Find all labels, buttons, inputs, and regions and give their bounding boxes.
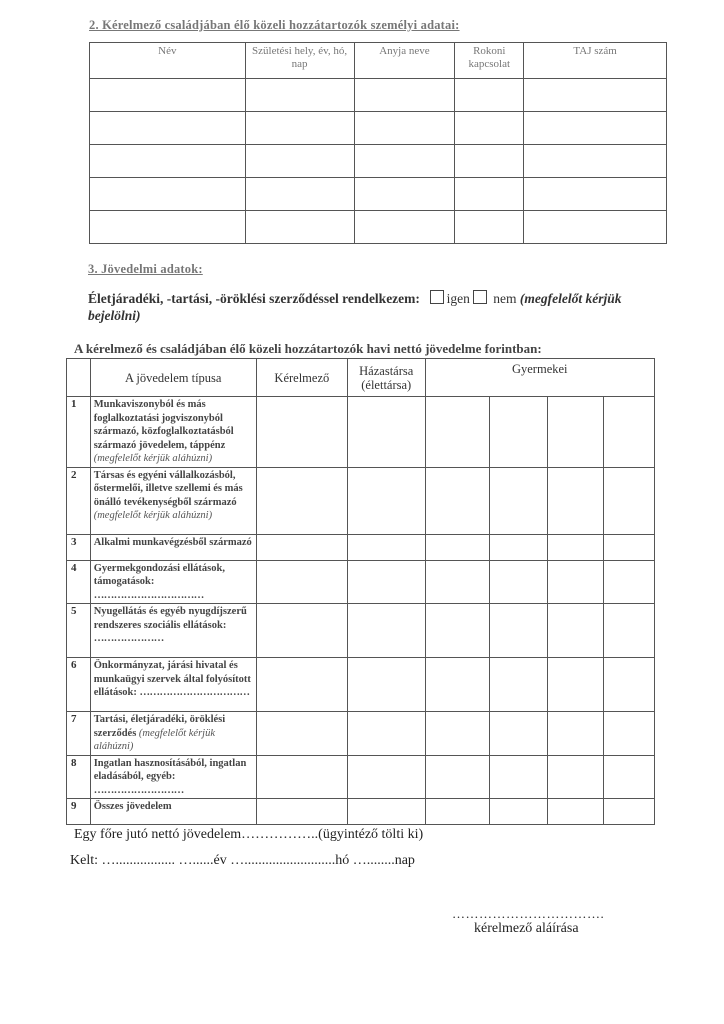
child-2-income-cell[interactable]	[490, 658, 547, 712]
family-cell[interactable]	[90, 211, 246, 244]
row-number: 2	[67, 467, 91, 534]
fill-in-dots: ……………………………	[140, 687, 250, 698]
family-cell[interactable]	[354, 145, 455, 178]
row-number: 9	[67, 799, 91, 825]
family-cell[interactable]	[455, 211, 524, 244]
family-cell[interactable]	[90, 145, 246, 178]
child-2-income-cell[interactable]	[490, 712, 547, 756]
child-3-income-cell[interactable]	[547, 712, 603, 756]
family-table-row	[90, 79, 667, 112]
child-2-income-cell[interactable]	[490, 604, 547, 658]
income-table-row: 3Alkalmi munkavégzésből származó	[67, 534, 655, 560]
income-table-row: 6Önkormányzat, járási hivatal és munkaüg…	[67, 658, 655, 712]
spouse-income-cell[interactable]	[347, 397, 425, 468]
child-2-income-cell[interactable]	[490, 560, 547, 604]
child-4-income-cell[interactable]	[603, 604, 654, 658]
igen-checkbox[interactable]	[430, 290, 444, 304]
date-line: Kelt: …................. …......év …....…	[70, 853, 415, 869]
income-type-label: Munkaviszonyból és más foglalkoztatási j…	[94, 399, 234, 451]
child-3-income-cell[interactable]	[547, 658, 603, 712]
spouse-income-cell[interactable]	[347, 712, 425, 756]
row-number: 6	[67, 658, 91, 712]
income-table-row: 5Nyugellátás és egyéb nyugdíjszerű rends…	[67, 604, 655, 658]
applicant-income-cell[interactable]	[256, 799, 347, 825]
family-cell[interactable]	[524, 145, 667, 178]
family-column-header: Születési hely, év, hó, nap	[245, 43, 354, 79]
family-cell[interactable]	[245, 211, 354, 244]
child-1-income-cell[interactable]	[425, 755, 490, 799]
family-cell[interactable]	[455, 112, 524, 145]
income-type-note: (megfelelőt kérjük aláhúzni)	[94, 510, 212, 521]
fill-in-dots: ………………………	[94, 785, 184, 796]
signature-label: kérelmező aláírása	[474, 921, 579, 937]
family-column-header: Rokoni kapcsolat	[455, 43, 524, 79]
nem-checkbox[interactable]	[473, 290, 487, 304]
child-3-income-cell[interactable]	[547, 397, 603, 468]
applicant-income-cell[interactable]	[256, 658, 347, 712]
child-4-income-cell[interactable]	[603, 467, 654, 534]
contract-statement-text: Életjáradéki, -tartási, -öröklési szerző…	[88, 291, 420, 306]
income-type-label: Összes jövedelem	[94, 801, 172, 812]
family-column-header: TAJ szám	[524, 43, 667, 79]
income-type-cell: Nyugellátás és egyéb nyugdíjszerű rendsz…	[90, 604, 256, 658]
child-4-income-cell[interactable]	[603, 755, 654, 799]
child-4-income-cell[interactable]	[603, 560, 654, 604]
income-table-header: A jövedelem típusa Kérelmező Házastársa …	[67, 359, 655, 397]
child-3-income-cell[interactable]	[547, 560, 603, 604]
income-table: A jövedelem típusa Kérelmező Házastársa …	[66, 358, 655, 825]
family-cell[interactable]	[524, 178, 667, 211]
family-cell[interactable]	[354, 79, 455, 112]
child-4-income-cell[interactable]	[603, 397, 654, 468]
spouse-income-cell[interactable]	[347, 560, 425, 604]
child-4-income-cell[interactable]	[603, 534, 654, 560]
income-type-label: Alkalmi munkavégzésből származó	[94, 537, 252, 548]
row-number-header	[67, 359, 91, 397]
child-4-income-cell[interactable]	[603, 658, 654, 712]
contract-statement: Életjáradéki, -tartási, -öröklési szerző…	[88, 290, 668, 324]
row-number: 3	[67, 534, 91, 560]
spouse-income-cell[interactable]	[347, 755, 425, 799]
child-1-income-cell[interactable]	[425, 467, 490, 534]
family-table-row	[90, 145, 667, 178]
income-type-cell: Gyermekgondozási ellátások, támogatások:…	[90, 560, 256, 604]
family-cell[interactable]	[90, 178, 246, 211]
income-table-row: 9Összes jövedelem	[67, 799, 655, 825]
child-1-income-cell[interactable]	[425, 534, 490, 560]
family-cell[interactable]	[524, 112, 667, 145]
section-3-title: 3. Jövedelmi adatok:	[88, 262, 203, 277]
family-cell[interactable]	[455, 178, 524, 211]
row-number: 1	[67, 397, 91, 468]
family-cell[interactable]	[90, 112, 246, 145]
row-number: 4	[67, 560, 91, 604]
family-column-header: Név	[90, 43, 246, 79]
spouse-income-cell[interactable]	[347, 467, 425, 534]
applicant-income-cell[interactable]	[256, 755, 347, 799]
applicant-income-cell[interactable]	[256, 560, 347, 604]
family-table-row	[90, 178, 667, 211]
family-cell[interactable]	[245, 178, 354, 211]
row-number: 5	[67, 604, 91, 658]
income-type-cell: Munkaviszonyból és más foglalkoztatási j…	[90, 397, 256, 468]
child-4-income-cell[interactable]	[603, 799, 654, 825]
income-heading: A kérelmező és családjában élő közeli ho…	[74, 341, 542, 357]
child-4-income-cell[interactable]	[603, 712, 654, 756]
signature-line: …………………………….	[452, 906, 604, 922]
family-cell[interactable]	[90, 79, 246, 112]
family-cell[interactable]	[524, 79, 667, 112]
nem-label: nem	[493, 291, 516, 306]
family-cell[interactable]	[354, 211, 455, 244]
spouse-income-cell[interactable]	[347, 658, 425, 712]
family-members-table: NévSzületési hely, év, hó, napAnyja neve…	[89, 42, 667, 244]
family-cell[interactable]	[354, 112, 455, 145]
child-3-income-cell[interactable]	[547, 467, 603, 534]
row-number: 8	[67, 755, 91, 799]
income-type-label: Gyermekgondozási ellátások, támogatások:	[94, 563, 225, 588]
child-3-income-cell[interactable]	[547, 755, 603, 799]
spouse-income-cell[interactable]	[347, 604, 425, 658]
applicant-income-cell[interactable]	[256, 467, 347, 534]
child-2-income-cell[interactable]	[490, 799, 547, 825]
family-cell[interactable]	[245, 112, 354, 145]
igen-label: igen	[447, 291, 470, 306]
spouse-income-cell[interactable]	[347, 799, 425, 825]
child-3-income-cell[interactable]	[547, 534, 603, 560]
children-header: Gyermekei	[425, 359, 655, 397]
family-table-row	[90, 211, 667, 244]
family-table-header: NévSzületési hely, év, hó, napAnyja neve…	[90, 43, 667, 79]
child-2-income-cell[interactable]	[490, 534, 547, 560]
applicant-income-cell[interactable]	[256, 534, 347, 560]
income-type-cell: Összes jövedelem	[90, 799, 256, 825]
fill-in-dots: ……………………………	[94, 590, 204, 601]
family-table-row	[90, 112, 667, 145]
family-cell[interactable]	[455, 145, 524, 178]
income-type-cell: Ingatlan hasznosításából, ingatlan eladá…	[90, 755, 256, 799]
spouse-income-cell[interactable]	[347, 534, 425, 560]
child-3-income-cell[interactable]	[547, 604, 603, 658]
income-table-row: 1Munkaviszonyból és más foglalkoztatási …	[67, 397, 655, 468]
income-table-row: 8Ingatlan hasznosításából, ingatlan elad…	[67, 755, 655, 799]
row-number: 7	[67, 712, 91, 756]
applicant-income-cell[interactable]	[256, 397, 347, 468]
family-column-header: Anyja neve	[354, 43, 455, 79]
family-cell[interactable]	[455, 79, 524, 112]
income-type-header: A jövedelem típusa	[90, 359, 256, 397]
income-type-note: (megfelelőt kérjük aláhúzni)	[94, 453, 212, 464]
child-1-income-cell[interactable]	[425, 604, 490, 658]
child-2-income-cell[interactable]	[490, 467, 547, 534]
income-table-row: 2Társas és egyéni vállalkozásból, ősterm…	[67, 467, 655, 534]
child-1-income-cell[interactable]	[425, 560, 490, 604]
child-1-income-cell[interactable]	[425, 712, 490, 756]
applicant-income-cell[interactable]	[256, 712, 347, 756]
section-2-title: 2. Kérelmező családjában élő közeli hozz…	[89, 18, 460, 33]
income-type-cell: Alkalmi munkavégzésből származó	[90, 534, 256, 560]
applicant-header: Kérelmező	[256, 359, 347, 397]
family-cell[interactable]	[245, 79, 354, 112]
income-type-cell: Társas és egyéni vállalkozásból, ősterme…	[90, 467, 256, 534]
child-2-income-cell[interactable]	[490, 397, 547, 468]
income-type-cell: Tartási, életjáradéki, öröklési szerződé…	[90, 712, 256, 756]
income-table-row: 7Tartási, életjáradéki, öröklési szerződ…	[67, 712, 655, 756]
family-cell[interactable]	[245, 145, 354, 178]
child-3-income-cell[interactable]	[547, 799, 603, 825]
income-type-label: Nyugellátás és egyéb nyugdíjszerű rendsz…	[94, 606, 247, 631]
income-type-label: Ingatlan hasznosításából, ingatlan eladá…	[94, 758, 247, 783]
child-1-income-cell[interactable]	[425, 397, 490, 468]
child-2-income-cell[interactable]	[490, 755, 547, 799]
child-1-income-cell[interactable]	[425, 658, 490, 712]
spouse-header: Házastársa (élettársa)	[347, 359, 425, 397]
income-table-row: 4Gyermekgondozási ellátások, támogatások…	[67, 560, 655, 604]
income-type-cell: Önkormányzat, járási hivatal és munkaügy…	[90, 658, 256, 712]
family-cell[interactable]	[524, 211, 667, 244]
child-1-income-cell[interactable]	[425, 799, 490, 825]
applicant-income-cell[interactable]	[256, 604, 347, 658]
income-type-label: Társas és egyéni vállalkozásból, ősterme…	[94, 470, 243, 508]
per-capita-income-line: Egy főre jutó nettó jövedelem……………..(ügy…	[74, 827, 423, 843]
family-cell[interactable]	[354, 178, 455, 211]
fill-in-dots: …………………	[94, 633, 164, 644]
